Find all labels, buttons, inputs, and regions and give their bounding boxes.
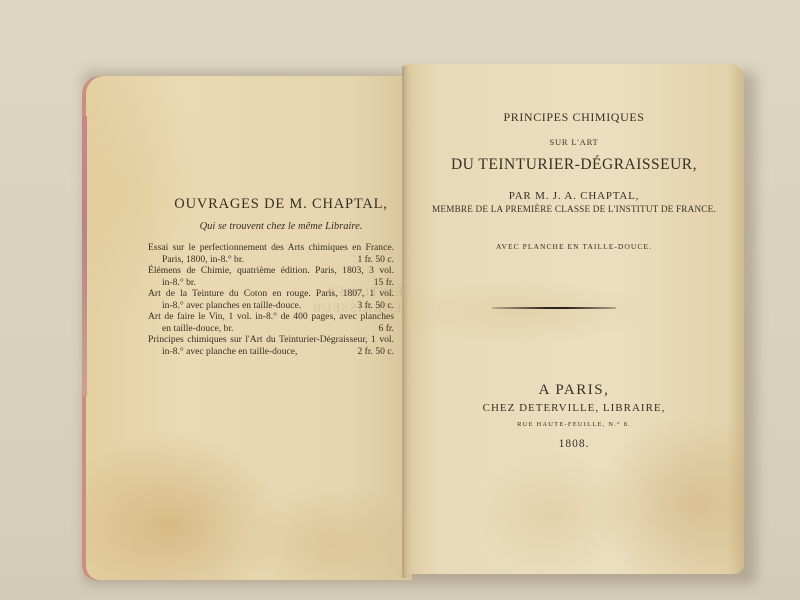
author: PAR M. J. A. CHAPTAL, xyxy=(404,190,744,202)
work-details: in-8.° avec planche en taille-douce,2 fr… xyxy=(148,346,394,358)
works-list-block: OUVRAGES DE M. CHAPTAL, Qui se trouvent … xyxy=(148,196,394,357)
work-edition: in-8.° br. xyxy=(162,277,196,289)
work-entry: Élémens de Chimie, quatrième édition. Pa… xyxy=(148,265,394,288)
work-details: Paris, 1800, in-8.° br.1 fr. 50 c. xyxy=(148,254,394,266)
work-title: Essai sur le perfectionnement des Arts c… xyxy=(148,242,394,254)
work-details: en taille-douce, br.6 fr. xyxy=(148,323,394,335)
work-price: 1 fr. 50 c. xyxy=(357,254,394,266)
left-page: TEINTURIER-DÉGRAISSEUR OUVRAGES DE M. CH… xyxy=(82,76,412,580)
decorative-rule xyxy=(492,307,616,309)
works-list: Essai sur le perfectionnement des Arts c… xyxy=(148,242,394,357)
work-title: Élémens de Chimie, quatrième édition. Pa… xyxy=(148,265,394,277)
imprint-year: 1808. xyxy=(404,438,744,450)
work-details: in-8.° br.15 fr. xyxy=(148,277,394,289)
work-edition: en taille-douce, br. xyxy=(162,323,233,335)
imprint-place: A PARIS, xyxy=(404,382,744,399)
work-price: 3 fr. 50 c. xyxy=(357,300,394,312)
title-line-3: DU TEINTURIER-DÉGRAISSEUR, xyxy=(404,156,744,174)
title-page: PRINCIPES CHIMIQUES SUR L'ART DU TEINTUR… xyxy=(404,64,744,574)
work-title: Principes chimiques sur l'Art du Teintur… xyxy=(148,334,394,346)
work-title: Art de faire le Vin, 1 vol. in-8.° de 40… xyxy=(148,311,394,323)
title-line-1: PRINCIPES CHIMIQUES xyxy=(404,110,744,125)
work-entry: Art de faire le Vin, 1 vol. in-8.° de 40… xyxy=(148,311,394,334)
work-edition: in-8.° avec planche en taille-douce, xyxy=(162,346,297,358)
work-entry: Essai sur le perfectionnement des Arts c… xyxy=(148,242,394,265)
works-subheading: Qui se trouvent chez le même Libraire. xyxy=(168,221,394,232)
work-edition: Paris, 1800, in-8.° br. xyxy=(162,254,244,266)
affiliation: MEMBRE DE LA PREMIÈRE CLASSE DE L'INSTIT… xyxy=(404,204,744,215)
work-price: 6 fr. xyxy=(379,323,394,335)
work-edition: in-8.° avec planches en taille-douce. xyxy=(162,300,301,312)
book-gutter xyxy=(402,66,412,578)
work-details: in-8.° avec planches en taille-douce.3 f… xyxy=(148,300,394,312)
work-entry: Art de la Teinture du Coton en rouge. Pa… xyxy=(148,288,394,311)
imprint-publisher: CHEZ DETERVILLE, LIBRAIRE, xyxy=(404,402,744,414)
title-line-2: SUR L'ART xyxy=(404,137,744,147)
work-title: Art de la Teinture du Coton en rouge. Pa… xyxy=(148,288,394,300)
works-heading: OUVRAGES DE M. CHAPTAL, xyxy=(168,196,394,213)
work-price: 2 fr. 50 c. xyxy=(357,346,394,358)
work-entry: Principes chimiques sur l'Art du Teintur… xyxy=(148,334,394,357)
work-price: 15 fr. xyxy=(374,277,394,289)
plate-note: AVEC PLANCHE EN TAILLE-DOUCE. xyxy=(404,242,744,251)
imprint-address: RUE HAUTE-FEUILLE, N.° 8. xyxy=(404,421,744,428)
